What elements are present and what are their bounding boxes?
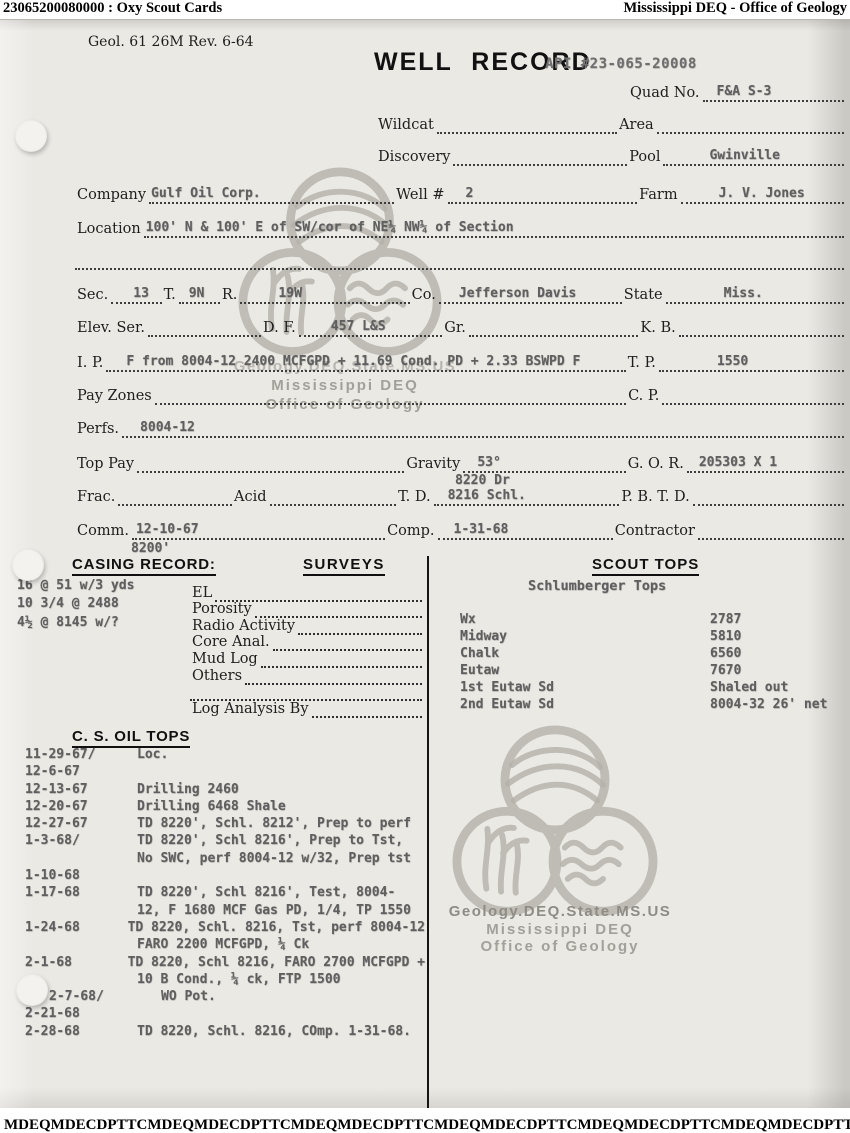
top-pay-line bbox=[137, 449, 404, 473]
oil-top-entry-continuation: 12, F 1680 MCF Gas PD, 1/4, TP 1550 bbox=[25, 903, 425, 920]
casing-record-header: CASING RECORD: bbox=[72, 556, 216, 576]
county-value: Jefferson Davis bbox=[459, 286, 576, 301]
township-line: 9N bbox=[179, 280, 220, 304]
wildcat-line bbox=[437, 110, 617, 134]
field-row-wildcat-area: Wildcat Area bbox=[376, 112, 844, 134]
ip-line: F from 8004-12 2400 MCFGPD + 11.69 Cond.… bbox=[106, 348, 625, 372]
elev-ser-line bbox=[148, 313, 261, 337]
scout-top-row: 2nd Eutaw Sd8004-32 26' net bbox=[460, 697, 838, 714]
pbtd-line bbox=[693, 482, 844, 506]
ip-value: F from 8004-12 2400 MCFGPD + 11.69 Cond.… bbox=[126, 354, 580, 369]
gravity-label: Gravity bbox=[404, 456, 463, 473]
sponsor-label: MDEQ bbox=[291, 1117, 338, 1133]
entry-date: 12-6-67 bbox=[25, 764, 137, 781]
farm-line: J. V. Jones bbox=[681, 180, 844, 204]
entry-text: TD 8220', Schl 8216', Prep to Tst, bbox=[137, 833, 403, 850]
entry-date: 12-27-67 bbox=[25, 816, 137, 833]
gor-label: G. O. R. bbox=[626, 456, 687, 473]
oil-top-entry-continuation: 10 B Cond., ¼ ck, FTP 1500 bbox=[25, 972, 425, 989]
contractor-line bbox=[698, 516, 844, 540]
sponsor-label: PTTC bbox=[394, 1117, 434, 1133]
perfs-value: 8004-12 bbox=[140, 420, 195, 435]
oil-top-entry: 1-10-68 bbox=[25, 868, 425, 885]
entry-text: TD 8220', Schl 8216', Test, 8004- bbox=[137, 885, 395, 902]
oil-top-entry: 1-3-68/TD 8220', Schl 8216', Prep to Tst… bbox=[25, 833, 425, 850]
entry-date: 1-10-68 bbox=[25, 868, 137, 885]
sponsor-label: MDEQ bbox=[4, 1117, 51, 1133]
gor-value: 205303 X 1 bbox=[699, 455, 777, 470]
formation-depth: Shaled out bbox=[710, 680, 788, 697]
casing-record-entries: 16 @ 51 w/3 yds 10 3/4 @ 2488 4½ @ 8145 … bbox=[17, 577, 134, 632]
farm-label: Farm bbox=[637, 187, 680, 204]
location-line-2 bbox=[75, 246, 844, 270]
quad-label: Quad No. bbox=[628, 85, 703, 102]
frac-label: Frac. bbox=[75, 489, 118, 506]
entry-date: 1-3-68/ bbox=[25, 833, 137, 850]
comp-label: Comp. bbox=[385, 523, 437, 540]
formation-depth: 7670 bbox=[710, 663, 741, 680]
agency-title: Mississippi DEQ - Office of Geology bbox=[623, 0, 847, 17]
perfs-line: 8004-12 bbox=[122, 414, 844, 438]
field-row-top-pay-gravity-gor: Top Pay Gravity 53° G. O. R. 205303 X 1 bbox=[75, 451, 844, 473]
entry-date: 1-24-68 bbox=[25, 920, 128, 937]
formation-name: Midway bbox=[460, 629, 710, 646]
viewer-bottom-bar: MDEQ MDECD PTTC MDEQ MDECD PTTC MDEQ MDE… bbox=[0, 1108, 850, 1133]
entry-text: WO Pot. bbox=[161, 989, 216, 1006]
formation-name: Chalk bbox=[460, 646, 710, 663]
sponsor-label: PTTC bbox=[537, 1117, 577, 1133]
sponsor-label: MDECD bbox=[624, 1117, 681, 1133]
df-line: 457 L&S bbox=[299, 313, 443, 337]
scout-tops-list: Wx2787 Midway5810 Chalk6560 Eutaw7670 1s… bbox=[460, 612, 838, 715]
oil-top-entry: 1-17-68TD 8220', Schl 8216', Test, 8004- bbox=[25, 885, 425, 902]
sponsor-label: MDEQ bbox=[577, 1117, 624, 1133]
field-row-ip: I. P. F from 8004-12 2400 MCFGPD + 11.69… bbox=[75, 350, 844, 372]
cp-label: C. P. bbox=[626, 388, 662, 405]
oil-top-entry: 2-7-68/WO Pot. bbox=[25, 989, 425, 1006]
document-id-title: 23065200080000 : Oxy Scout Cards bbox=[3, 0, 222, 17]
location-continuation-line bbox=[75, 248, 844, 270]
formation-depth: 2787 bbox=[710, 612, 741, 629]
contractor-label: Contractor bbox=[613, 523, 698, 540]
location-value: 100' N & 100' E of SW/cor of NE¼ NW¼ of … bbox=[146, 220, 514, 235]
comm-value: 12-10-67 bbox=[136, 522, 199, 537]
field-row-pay-zones: Pay Zones C. P. bbox=[75, 383, 844, 405]
pay-zones-line bbox=[155, 381, 626, 405]
casing-entry: 10 3/4 @ 2488 bbox=[17, 595, 134, 613]
discovery-label: Discovery bbox=[376, 149, 453, 166]
sponsor-label: MDEQ bbox=[147, 1117, 194, 1133]
pbtd-label: P. B. T. D. bbox=[619, 489, 692, 506]
cp-line bbox=[662, 381, 844, 405]
company-line: Gulf Oil Corp. bbox=[149, 180, 394, 204]
entry-text: Drilling 6468 Shale bbox=[137, 799, 286, 816]
area-line bbox=[657, 110, 844, 134]
field-row-quad: Quad No. F&A S-3 bbox=[628, 80, 844, 102]
comp-value: 1-31-68 bbox=[454, 522, 509, 537]
formation-depth: 6560 bbox=[710, 646, 741, 663]
entry-text: Drilling 2460 bbox=[137, 782, 239, 799]
formation-name: Eutaw bbox=[460, 663, 710, 680]
entry-date: 1-17-68 bbox=[25, 885, 137, 902]
oil-top-entry: 2-28-68TD 8220, Schl. 8216, COmp. 1-31-6… bbox=[25, 1024, 425, 1041]
sponsor-label: MDECD bbox=[194, 1117, 251, 1133]
state-label: State bbox=[622, 287, 666, 304]
state-line: Miss. bbox=[666, 280, 844, 304]
sec-label: Sec. bbox=[75, 287, 111, 304]
formation-name: Wx bbox=[460, 612, 710, 629]
scout-top-row: Midway5810 bbox=[460, 629, 838, 646]
field-row-frac-acid-td-pbtd: Frac. Acid T. D. 8216 Schl. P. B. T. D. bbox=[75, 484, 844, 506]
quad-value: F&A S-3 bbox=[717, 84, 772, 99]
column-divider-line bbox=[427, 556, 429, 1108]
kb-line bbox=[679, 313, 844, 337]
sponsor-label: MDEQ bbox=[434, 1117, 481, 1133]
scout-tops-header: SCOUT TOPS bbox=[592, 556, 699, 576]
entry-text: Loc. bbox=[137, 747, 168, 764]
watermark-text-lower: Geology.DEQ.State.MS.US Mississippi DEQ … bbox=[420, 903, 700, 956]
oil-top-entry: 11-29-67/Loc. bbox=[25, 747, 425, 764]
top-pay-label: Top Pay bbox=[75, 456, 137, 473]
sec-line: 13 bbox=[111, 280, 161, 304]
formation-name: 2nd Eutaw Sd bbox=[460, 697, 710, 714]
oil-top-entry: 12-27-67TD 8220', Schl. 8212', Prep to p… bbox=[25, 816, 425, 833]
comm-depth-value: 8200' bbox=[131, 541, 170, 556]
company-value: Gulf Oil Corp. bbox=[151, 186, 261, 201]
township-label: T. bbox=[162, 287, 179, 304]
entry-text: 10 B Cond., ¼ ck, FTP 1500 bbox=[137, 972, 341, 989]
casing-entry: 4½ @ 8145 w/? bbox=[17, 614, 134, 632]
perfs-label: Perfs. bbox=[75, 421, 122, 438]
location-line: 100' N & 100' E of SW/cor of NE¼ NW¼ of … bbox=[144, 214, 844, 238]
sponsor-label: MDECD bbox=[481, 1117, 538, 1133]
entry-text: FARO 2200 MCFGPD, ¼ Ck bbox=[137, 937, 309, 954]
oil-top-entry: 12-6-67 bbox=[25, 764, 425, 781]
df-value: 457 L&S bbox=[331, 319, 386, 334]
scout-tops-subtitle: Schlumberger Tops bbox=[528, 578, 666, 594]
comm-label: Comm. bbox=[75, 523, 132, 540]
oil-top-entry: 1-24-68TD 8220, Schl. 8216, Tst, perf 80… bbox=[25, 920, 425, 937]
api-number: API #23-065-20008 bbox=[545, 56, 697, 72]
field-row-discovery-pool: Discovery Pool Gwinville bbox=[376, 144, 844, 166]
location-label: Location bbox=[75, 221, 144, 238]
entry-date: 11-29-67/ bbox=[25, 747, 137, 764]
scout-top-row: Wx2787 bbox=[460, 612, 838, 629]
entry-date: 12-13-67 bbox=[25, 782, 137, 799]
cs-oil-tops-list: 11-29-67/Loc. 12-6-67 12-13-67Drilling 2… bbox=[25, 747, 425, 1041]
formation-depth: 5810 bbox=[710, 629, 741, 646]
survey-line bbox=[312, 699, 422, 718]
oil-top-entry: 2-1-68TD 8220, Schl 8216, FARO 2700 MCFG… bbox=[25, 955, 425, 972]
gr-label: Gr. bbox=[442, 320, 469, 337]
sponsor-label: PTTC bbox=[251, 1117, 291, 1133]
comp-line: 1-31-68 bbox=[438, 516, 613, 540]
sponsor-label: PTTC bbox=[824, 1117, 850, 1133]
entry-date: 2-1-68 bbox=[25, 955, 128, 972]
oil-top-entry: 2-21-68 bbox=[25, 1006, 425, 1023]
tp-label: T. P. bbox=[626, 355, 659, 372]
gravity-line: 53° bbox=[463, 449, 625, 473]
sponsor-label: MDECD bbox=[51, 1117, 108, 1133]
farm-value: J. V. Jones bbox=[719, 186, 805, 201]
county-line: Jefferson Davis bbox=[439, 280, 622, 304]
tp-line: 1550 bbox=[659, 348, 844, 372]
sponsor-label: MDECD bbox=[767, 1117, 824, 1133]
td-line: 8216 Schl. bbox=[434, 482, 620, 506]
casing-entry: 16 @ 51 w/3 yds bbox=[17, 577, 134, 595]
scout-top-row: Chalk6560 bbox=[460, 646, 838, 663]
pool-line: Gwinville bbox=[663, 142, 844, 166]
entry-text: TD 8220, Schl 8216, FARO 2700 MCFGPD + bbox=[128, 955, 425, 972]
sponsor-label: PTTC bbox=[681, 1117, 721, 1133]
field-row-company-well-farm: Company Gulf Oil Corp. Well # 2 Farm J. … bbox=[75, 182, 844, 204]
field-row-sec-t-r-co-state: Sec. 13 T. 9N R. 19W Co. Jefferson Davis… bbox=[75, 282, 844, 304]
sponsor-label: PTTC bbox=[107, 1117, 147, 1133]
entry-text: TD 8220, Schl. 8216, Tst, perf 8004-12 bbox=[128, 920, 425, 937]
field-row-elevation: Elev. Ser. D. F. 457 L&S Gr. K. B. bbox=[75, 315, 844, 337]
range-label: R. bbox=[220, 287, 241, 304]
entry-text: No SWC, perf 8004-12 w/32, Prep tst bbox=[137, 851, 411, 868]
elev-ser-label: Elev. Ser. bbox=[75, 320, 148, 337]
scout-top-row: 1st Eutaw SdShaled out bbox=[460, 680, 838, 697]
field-row-location: Location 100' N & 100' E of SW/cor of NE… bbox=[75, 216, 844, 238]
gor-line: 205303 X 1 bbox=[687, 449, 844, 473]
cs-oil-tops-header: C. S. OIL TOPS bbox=[72, 728, 190, 748]
oil-top-entry-continuation: No SWC, perf 8004-12 w/32, Prep tst bbox=[25, 851, 425, 868]
survey-row: Log Analysis By bbox=[190, 701, 422, 718]
discovery-line bbox=[453, 142, 627, 166]
scout-top-row: Eutaw7670 bbox=[460, 663, 838, 680]
ip-label: I. P. bbox=[75, 355, 106, 372]
pool-value: Gwinville bbox=[709, 148, 779, 163]
surveys-list: EL Porosity Radio Activity Core Anal. Mu… bbox=[190, 585, 422, 718]
hole-punch bbox=[15, 120, 47, 152]
oil-top-entry: 12-13-67Drilling 2460 bbox=[25, 782, 425, 799]
entry-date: 2-28-68 bbox=[25, 1024, 137, 1041]
sponsor-label: MDECD bbox=[337, 1117, 394, 1133]
kb-label: K. B. bbox=[638, 320, 678, 337]
viewer-top-bar: 23065200080000 : Oxy Scout Cards Mississ… bbox=[0, 0, 850, 19]
deq-logo-watermark bbox=[446, 724, 664, 926]
well-number-value: 2 bbox=[466, 186, 474, 201]
form-rev-note: Geol. 61 26M Rev. 6-64 bbox=[88, 34, 254, 50]
entry-date: 12-20-67 bbox=[25, 799, 137, 816]
formation-depth: 8004-32 26' net bbox=[710, 697, 827, 714]
sponsor-label: MDEQ bbox=[721, 1117, 768, 1133]
oil-top-entry-continuation: FARO 2200 MCFGPD, ¼ Ck bbox=[25, 937, 425, 954]
sec-value: 13 bbox=[133, 286, 149, 301]
oil-top-entry: 12-20-67Drilling 6468 Shale bbox=[25, 799, 425, 816]
pool-label: Pool bbox=[627, 149, 663, 166]
quad-line: F&A S-3 bbox=[703, 78, 844, 102]
gr-line bbox=[469, 313, 639, 337]
state-value: Miss. bbox=[724, 286, 763, 301]
frac-line bbox=[118, 482, 232, 506]
survey-label: Porosity bbox=[190, 601, 255, 618]
pay-zones-label: Pay Zones bbox=[75, 388, 155, 405]
wildcat-label: Wildcat bbox=[376, 117, 437, 134]
area-label: Area bbox=[617, 117, 657, 134]
field-row-comm-comp-contractor: Comm. 12-10-67 Comp. 1-31-68 Contractor bbox=[75, 518, 844, 540]
acid-line bbox=[270, 482, 397, 506]
hole-punch bbox=[16, 974, 48, 1006]
td-label: T. D. bbox=[396, 489, 433, 506]
range-line: 19W bbox=[240, 280, 409, 304]
log-analysis-by-label: Log Analysis By bbox=[190, 701, 312, 718]
well-number-line: 2 bbox=[448, 180, 638, 204]
hole-punch bbox=[12, 549, 44, 581]
td-value: 8216 Schl. bbox=[448, 488, 526, 503]
df-label: D. F. bbox=[261, 320, 299, 337]
survey-label: EL bbox=[190, 585, 215, 602]
gravity-value: 53° bbox=[477, 455, 500, 470]
township-value: 9N bbox=[189, 286, 205, 301]
acid-label: Acid bbox=[232, 489, 270, 506]
tp-value: 1550 bbox=[717, 354, 748, 369]
company-label: Company bbox=[75, 187, 149, 204]
formation-name: 1st Eutaw Sd bbox=[460, 680, 710, 697]
entry-text: TD 8220, Schl. 8216, COmp. 1-31-68. bbox=[137, 1024, 411, 1041]
entry-date: 2-21-68 bbox=[25, 1006, 137, 1023]
entry-text: 12, F 1680 MCF Gas PD, 1/4, TP 1550 bbox=[137, 903, 411, 920]
county-label: Co. bbox=[410, 287, 439, 304]
comm-line: 12-10-67 bbox=[132, 516, 385, 540]
field-row-perfs: Perfs. 8004-12 bbox=[75, 416, 844, 438]
range-value: 19W bbox=[278, 286, 301, 301]
entry-text: TD 8220', Schl. 8212', Prep to perf bbox=[137, 816, 411, 833]
surveys-header: SURVEYS bbox=[303, 556, 385, 576]
well-number-label: Well # bbox=[394, 187, 447, 204]
